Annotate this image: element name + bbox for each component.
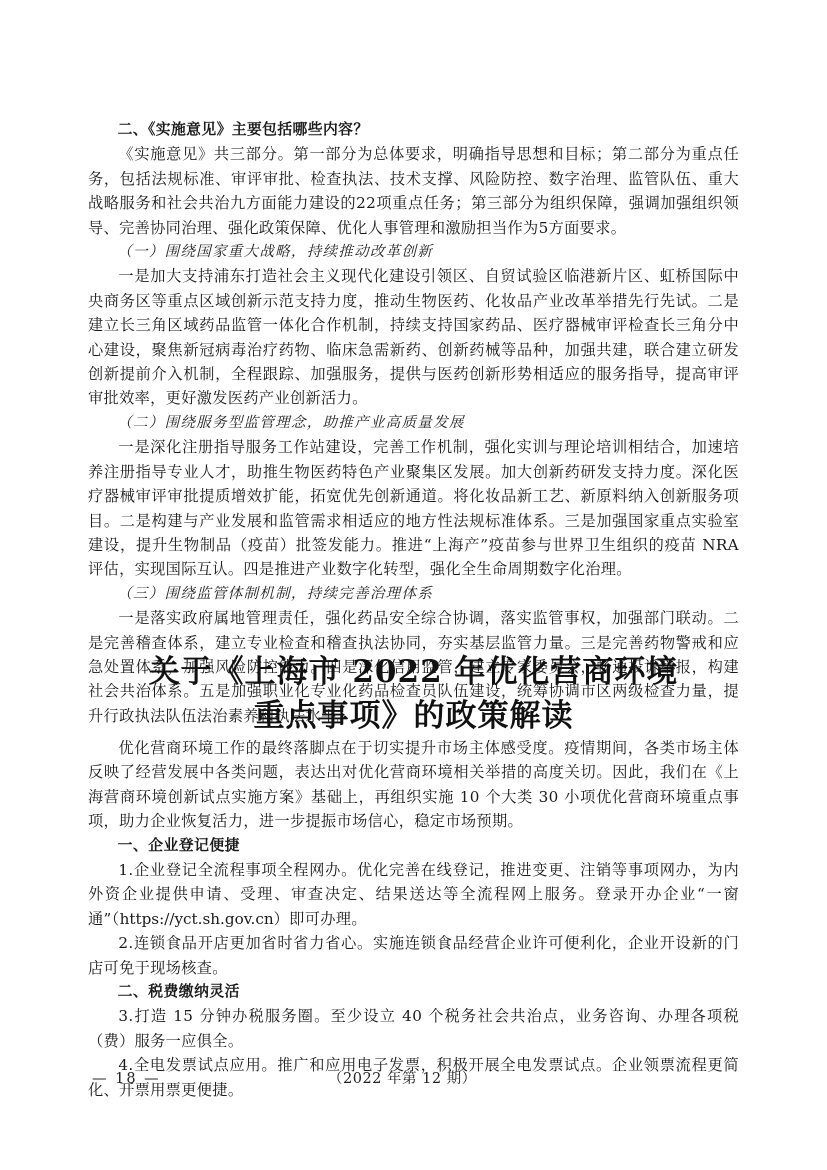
article-title-line-2: 重点事项》的政策解读 — [0, 694, 827, 738]
article-title-line-1: 关于《上海市 2022 年优化营商环境 — [0, 650, 827, 694]
section-two-content: 二、《实施意见》主要包括哪些内容？ 《实施意见》共三部分。第一部分为总体要求，明… — [88, 118, 739, 728]
item-1-online-registration: 1.企业登记全流程事项全程网办。优化完善在线登记，推进变更、注销等事项网办，为内… — [88, 858, 739, 931]
item-1-text-end: ）即可办理。 — [274, 910, 367, 928]
subsection-heading-2: （二）围绕服务型监管理念，助推产业高质量发展 — [88, 411, 739, 435]
subsection-heading-3: （三）围绕监管体制机制，持续完善治理体系 — [88, 582, 739, 606]
question-heading: 二、《实施意见》主要包括哪些内容？ — [88, 118, 739, 142]
issue-label: （2022 年第 12 期） — [328, 1069, 477, 1089]
item-3-tax-service-circle: 3.打造 15 分钟办税服务圈。至少设立 40 个税务社会共治点，业务咨询、办理… — [88, 1004, 739, 1053]
implementation-opinion-summary: 《实施意见》共三部分。第一部分为总体要求，明确指导思想和目标；第二部分为重点任务… — [88, 142, 739, 240]
page-number: — 18 — — [92, 1069, 161, 1089]
article-body: 优化营商环境工作的最终落脚点在于切实提升市场主体感受度。疫情期间，各类市场主体反… — [88, 736, 739, 1102]
subsection-body-1: 一是加大支持浦东打造社会主义现代化建设引领区、自贸试验区临港新片区、虹桥国际中央… — [88, 264, 739, 410]
item-2-chain-food-store: 2.连锁食品开店更加省时省力省心。实施连锁食品经营企业许可便利化，企业开设新的门… — [88, 931, 739, 980]
section-heading-business-registration: 一、企业登记便捷 — [88, 834, 739, 858]
subsection-body-2: 一是深化注册指导服务工作站建设，完善工作机制，强化实训与理论培训相结合，加速培养… — [88, 435, 739, 581]
article-intro: 优化营商环境工作的最终落脚点在于切实提升市场主体感受度。疫情期间，各类市场主体反… — [88, 736, 739, 834]
article-title: 关于《上海市 2022 年优化营商环境 重点事项》的政策解读 — [0, 650, 827, 738]
subsection-heading-1: （一）围绕国家重大战略，持续推动改革创新 — [88, 240, 739, 264]
one-window-url-link[interactable]: https://yct.sh.gov.cn — [120, 910, 274, 928]
section-heading-tax-payment: 二、税费缴纳灵活 — [88, 980, 739, 1004]
